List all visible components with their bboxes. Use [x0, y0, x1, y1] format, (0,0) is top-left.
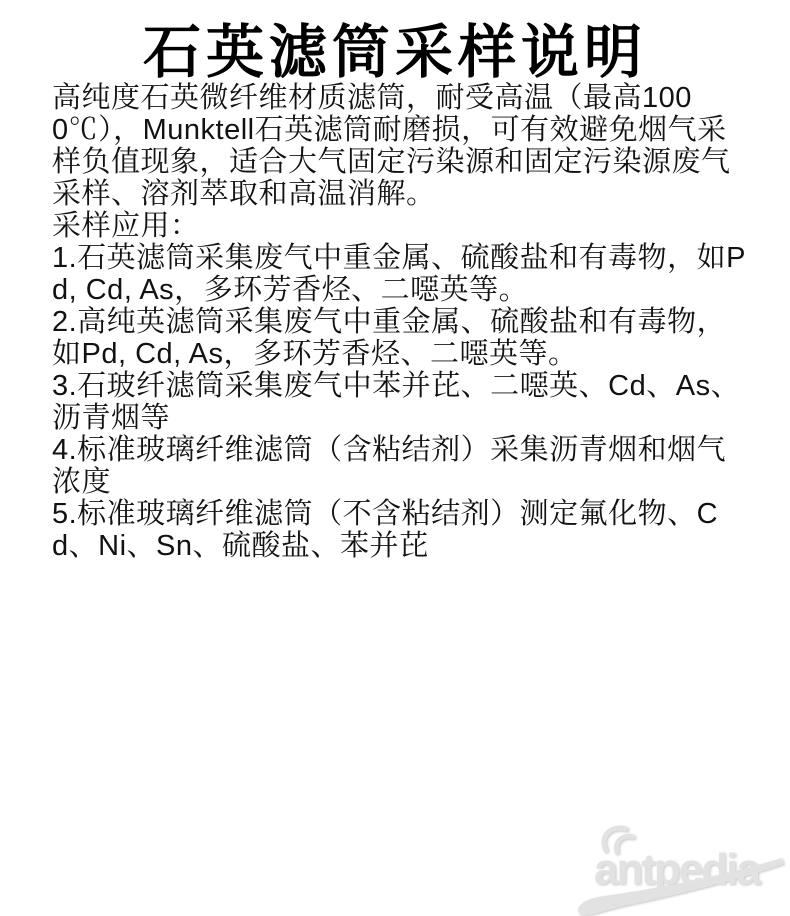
antpedia-watermark: antpedia [570, 818, 790, 916]
document-page: 石英滤筒采样说明 高纯度石英微纤维材质滤筒，耐受高温（最高1000℃），Munk… [0, 0, 790, 916]
watermark-text: antpedia [594, 845, 761, 894]
page-title: 石英滤筒采样说明 [0, 0, 790, 82]
document-body: 高纯度石英微纤维材质滤筒，耐受高温（最高1000℃），Munktell石英滤筒耐… [52, 82, 752, 562]
antpedia-logo-icon: antpedia [570, 818, 790, 916]
swoosh-icon [578, 858, 784, 915]
application-item-4: 4.标准玻璃纤维滤筒（含粘结剂）采集沥青烟和烟气浓度 [52, 434, 752, 498]
application-item-5: 5.标准玻璃纤维滤筒（不含粘结剂）测定氟化物、Cd、Ni、Sn、硫酸盐、苯并芘 [52, 498, 752, 562]
section-heading-applications: 采样应用： [52, 210, 752, 242]
intro-paragraph: 高纯度石英微纤维材质滤筒，耐受高温（最高1000℃），Munktell石英滤筒耐… [52, 82, 752, 210]
application-item-1: 1.石英滤筒采集废气中重金属、硫酸盐和有毒物，如Pd, Cd, As，多环芳香烃… [52, 242, 752, 306]
application-item-2: 2.高纯英滤筒采集废气中重金属、硫酸盐和有毒物，如Pd, Cd, As，多环芳香… [52, 306, 752, 370]
ant-antennae-icon [604, 828, 633, 852]
application-item-3: 3.石玻纤滤筒采集废气中苯并芘、二噁英、Cd、As、沥青烟等 [52, 370, 752, 434]
